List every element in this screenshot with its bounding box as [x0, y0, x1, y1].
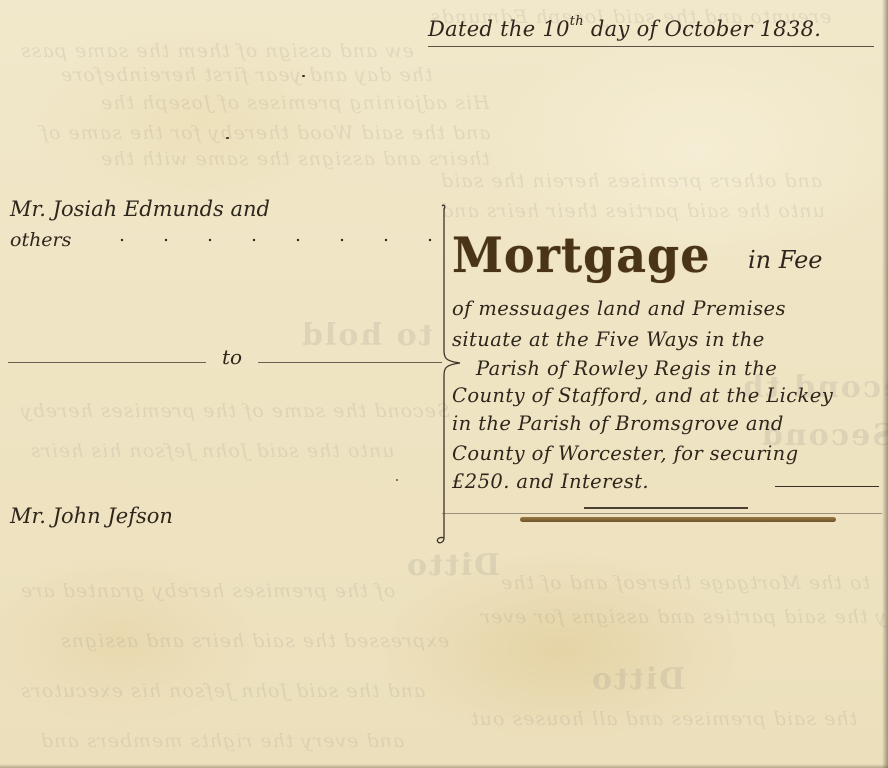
bleed-through-line: expressed the said heirs and assigns [60, 630, 449, 652]
bleed-through-line: the day and year first hereinbefore [60, 64, 433, 86]
connector-word: to [222, 345, 242, 369]
description-line: of messuages land and Premises [452, 297, 786, 320]
description-line: in the Parish of Bromsgrove and [452, 412, 784, 435]
date-underline [428, 46, 874, 47]
bleed-through-line: and every the rights members and [40, 730, 404, 752]
dotted-leader [100, 238, 440, 242]
closing-rule-short [584, 507, 748, 509]
bleed-through-line: to the Mortgage thereof and of the [500, 572, 870, 594]
first-party: Mr. Josiah Edmunds and [10, 197, 270, 221]
bleed-through-line: the said premises and all houses out [470, 708, 857, 730]
bleed-through-heading: to hold [300, 318, 433, 353]
paper-speck [226, 137, 229, 139]
bleed-through-heading: Ditto [405, 548, 500, 583]
description-line: Parish of Rowley Regis in the [476, 357, 777, 380]
connector-rule-left [8, 362, 206, 363]
bleed-through-line: by the said parties and assigns for ever [480, 606, 888, 628]
first-party-continuation: others [10, 229, 71, 251]
date-line: Dated the 10th day of October 1838. [428, 14, 868, 41]
page-edge-right [882, 0, 888, 768]
bleed-through-line: His adjoining premises of Joseph the [100, 92, 490, 114]
bleed-through-line: unto the said John Jefson his heirs [30, 440, 395, 462]
document-page: ereunto and the said Joseph Edmunds ew a… [0, 0, 888, 768]
deed-title-qualifier: in Fee [748, 246, 823, 274]
line-filler-rule [775, 486, 879, 487]
bleed-through-line: and others premises herein the said [440, 170, 822, 192]
bleed-through-line: theirs and assigns the same with the [100, 148, 490, 170]
page-edge-bottom [0, 764, 888, 768]
connector-rule-right [258, 362, 442, 363]
paper-speck [396, 479, 398, 481]
bleed-through-line: ew and assign of them the same pass [20, 40, 414, 62]
bleed-through-heading: Ditto [590, 662, 685, 697]
bleed-through-line: and the said John Jefson his executors [20, 680, 425, 702]
description-line: County of Stafford, and at the Lickey [452, 384, 833, 407]
second-party: Mr. John Jefson [10, 504, 173, 528]
deed-title: Mortgage [452, 227, 710, 284]
bleed-through-line: Second the same of the premises hereby [20, 400, 450, 422]
description-line-amount: £250. and Interest. [452, 470, 649, 493]
date-suffix: day of October 1838. [584, 17, 821, 41]
date-prefix: Dated the 10 [428, 17, 570, 41]
paper-speck [302, 75, 305, 77]
closing-rule-gold [520, 517, 836, 522]
bleed-through-line: and the said Wood thereby for the same o… [40, 122, 491, 144]
closing-rule-thin [442, 513, 882, 514]
date-ordinal: th [570, 14, 584, 29]
description-line: County of Worcester, for securing [452, 442, 799, 465]
bleed-through-line: unto the said parties their heirs and [440, 200, 825, 222]
bleed-through-line: of the premises hereby granted are [20, 580, 395, 602]
description-line: situate at the Five Ways in the [452, 328, 765, 351]
